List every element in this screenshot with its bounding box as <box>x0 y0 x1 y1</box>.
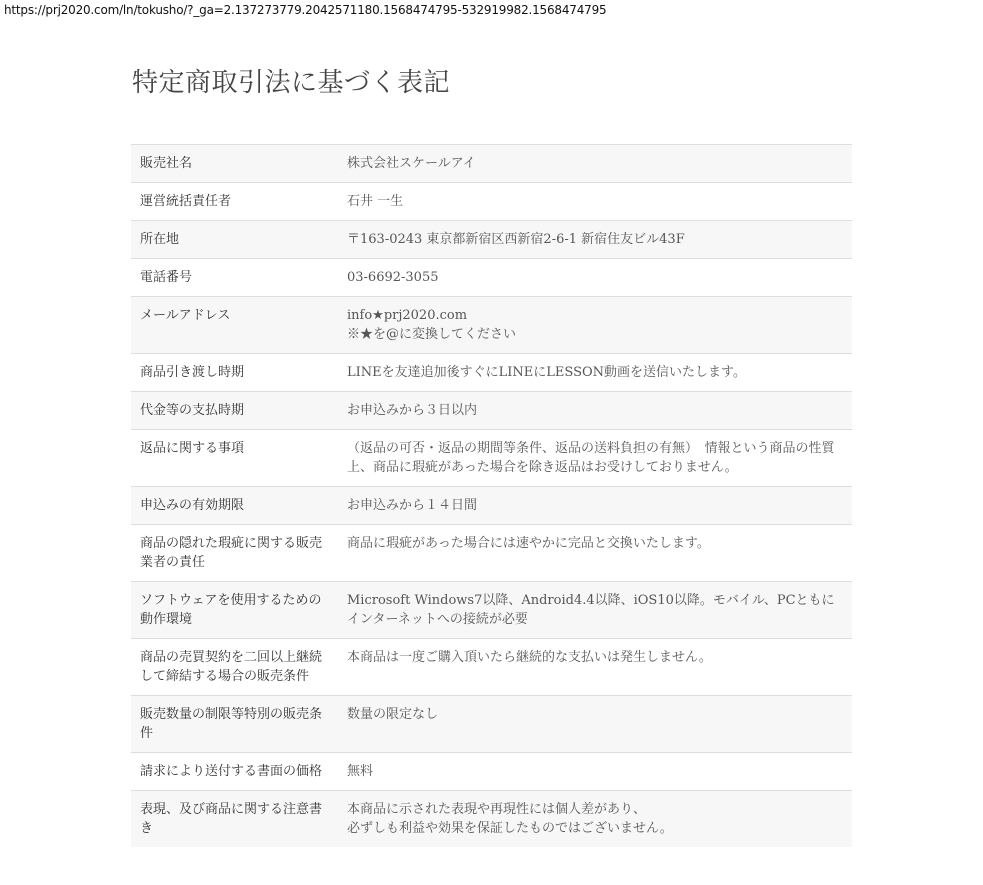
row-label: 代金等の支払時期 <box>131 392 339 430</box>
row-value: 〒163-0243 東京都新宿区西新宿2-6-1 新宿住友ビル43F <box>339 221 852 259</box>
row-value: Microsoft Windows7以降、Android4.4以降、iOS10以… <box>339 582 852 639</box>
row-label: 表現、及び商品に関する注意書き <box>131 791 339 848</box>
row-label: 返品に関する事項 <box>131 430 339 487</box>
table-row-manager: 運営統括責任者 石井 一生 <box>131 183 852 221</box>
address-bar-url: https://prj2020.com/ln/tokusho/?_ga=2.13… <box>4 3 606 17</box>
commercial-transactions-table: 販売社名 株式会社スケールアイ 運営統括責任者 石井 一生 所在地 〒163-0… <box>131 144 852 847</box>
page-title: 特定商取引法に基づく表記 <box>132 62 450 99</box>
row-value: お申込みから１４日間 <box>339 487 852 525</box>
row-label: 所在地 <box>131 221 339 259</box>
row-value: LINEを友達追加後すぐにLINEにLESSON動画を送信いたします。 <box>339 354 852 392</box>
table-row-returns: 返品に関する事項 （返品の可否・返品の期間等条件、返品の送料負担の有無） 情報と… <box>131 430 852 487</box>
row-value: 本商品は一度ご購入頂いたら継続的な支払いは発生しません。 <box>339 639 852 696</box>
row-label: 販売数量の制限等特別の販売条件 <box>131 696 339 753</box>
row-label: 電話番号 <box>131 259 339 297</box>
table-row-address: 所在地 〒163-0243 東京都新宿区西新宿2-6-1 新宿住友ビル43F <box>131 221 852 259</box>
table-row-validity: 申込みの有効期限 お申込みから１４日間 <box>131 487 852 525</box>
row-value: お申込みから３日以内 <box>339 392 852 430</box>
row-value: （返品の可否・返品の期間等条件、返品の送料負担の有無） 情報という商品の性質上、… <box>339 430 852 487</box>
row-label: 商品の売買契約を二回以上継続して締結する場合の販売条件 <box>131 639 339 696</box>
table-row-payment-time: 代金等の支払時期 お申込みから３日以内 <box>131 392 852 430</box>
row-value: 03-6692-3055 <box>339 259 852 297</box>
row-value: 石井 一生 <box>339 183 852 221</box>
table-row-defect-liability: 商品の隠れた瑕疵に関する販売業者の責任 商品に瑕疵があった場合には速やかに完品と… <box>131 525 852 582</box>
row-value: 商品に瑕疵があった場合には速やかに完品と交換いたします。 <box>339 525 852 582</box>
table-row-email: メールアドレス info★prj2020.com ※★を@に変換してください <box>131 297 852 354</box>
row-value: 株式会社スケールアイ <box>339 145 852 183</box>
table-row-document-price: 請求により送付する書面の価格 無料 <box>131 753 852 791</box>
row-label: 商品引き渡し時期 <box>131 354 339 392</box>
row-label: 販売社名 <box>131 145 339 183</box>
row-value: 無料 <box>339 753 852 791</box>
row-label: 申込みの有効期限 <box>131 487 339 525</box>
row-label: 商品の隠れた瑕疵に関する販売業者の責任 <box>131 525 339 582</box>
table-row-delivery-time: 商品引き渡し時期 LINEを友達追加後すぐにLINEにLESSON動画を送信いた… <box>131 354 852 392</box>
table-row-seller: 販売社名 株式会社スケールアイ <box>131 145 852 183</box>
row-label: 請求により送付する書面の価格 <box>131 753 339 791</box>
row-value: 数量の限定なし <box>339 696 852 753</box>
row-label: ソフトウェアを使用するための動作環境 <box>131 582 339 639</box>
table-row-phone: 電話番号 03-6692-3055 <box>131 259 852 297</box>
table-row-recurring-contract: 商品の売買契約を二回以上継続して締結する場合の販売条件 本商品は一度ご購入頂いた… <box>131 639 852 696</box>
row-value: info★prj2020.com ※★を@に変換してください <box>339 297 852 354</box>
row-label: メールアドレス <box>131 297 339 354</box>
row-value: 本商品に示された表現や再現性には個人差があり、 必ずしも利益や効果を保証したもの… <box>339 791 852 848</box>
table-row-quantity-limit: 販売数量の制限等特別の販売条件 数量の限定なし <box>131 696 852 753</box>
row-label: 運営統括責任者 <box>131 183 339 221</box>
table-row-software-env: ソフトウェアを使用するための動作環境 Microsoft Windows7以降、… <box>131 582 852 639</box>
table-row-disclaimer: 表現、及び商品に関する注意書き 本商品に示された表現や再現性には個人差があり、 … <box>131 791 852 848</box>
